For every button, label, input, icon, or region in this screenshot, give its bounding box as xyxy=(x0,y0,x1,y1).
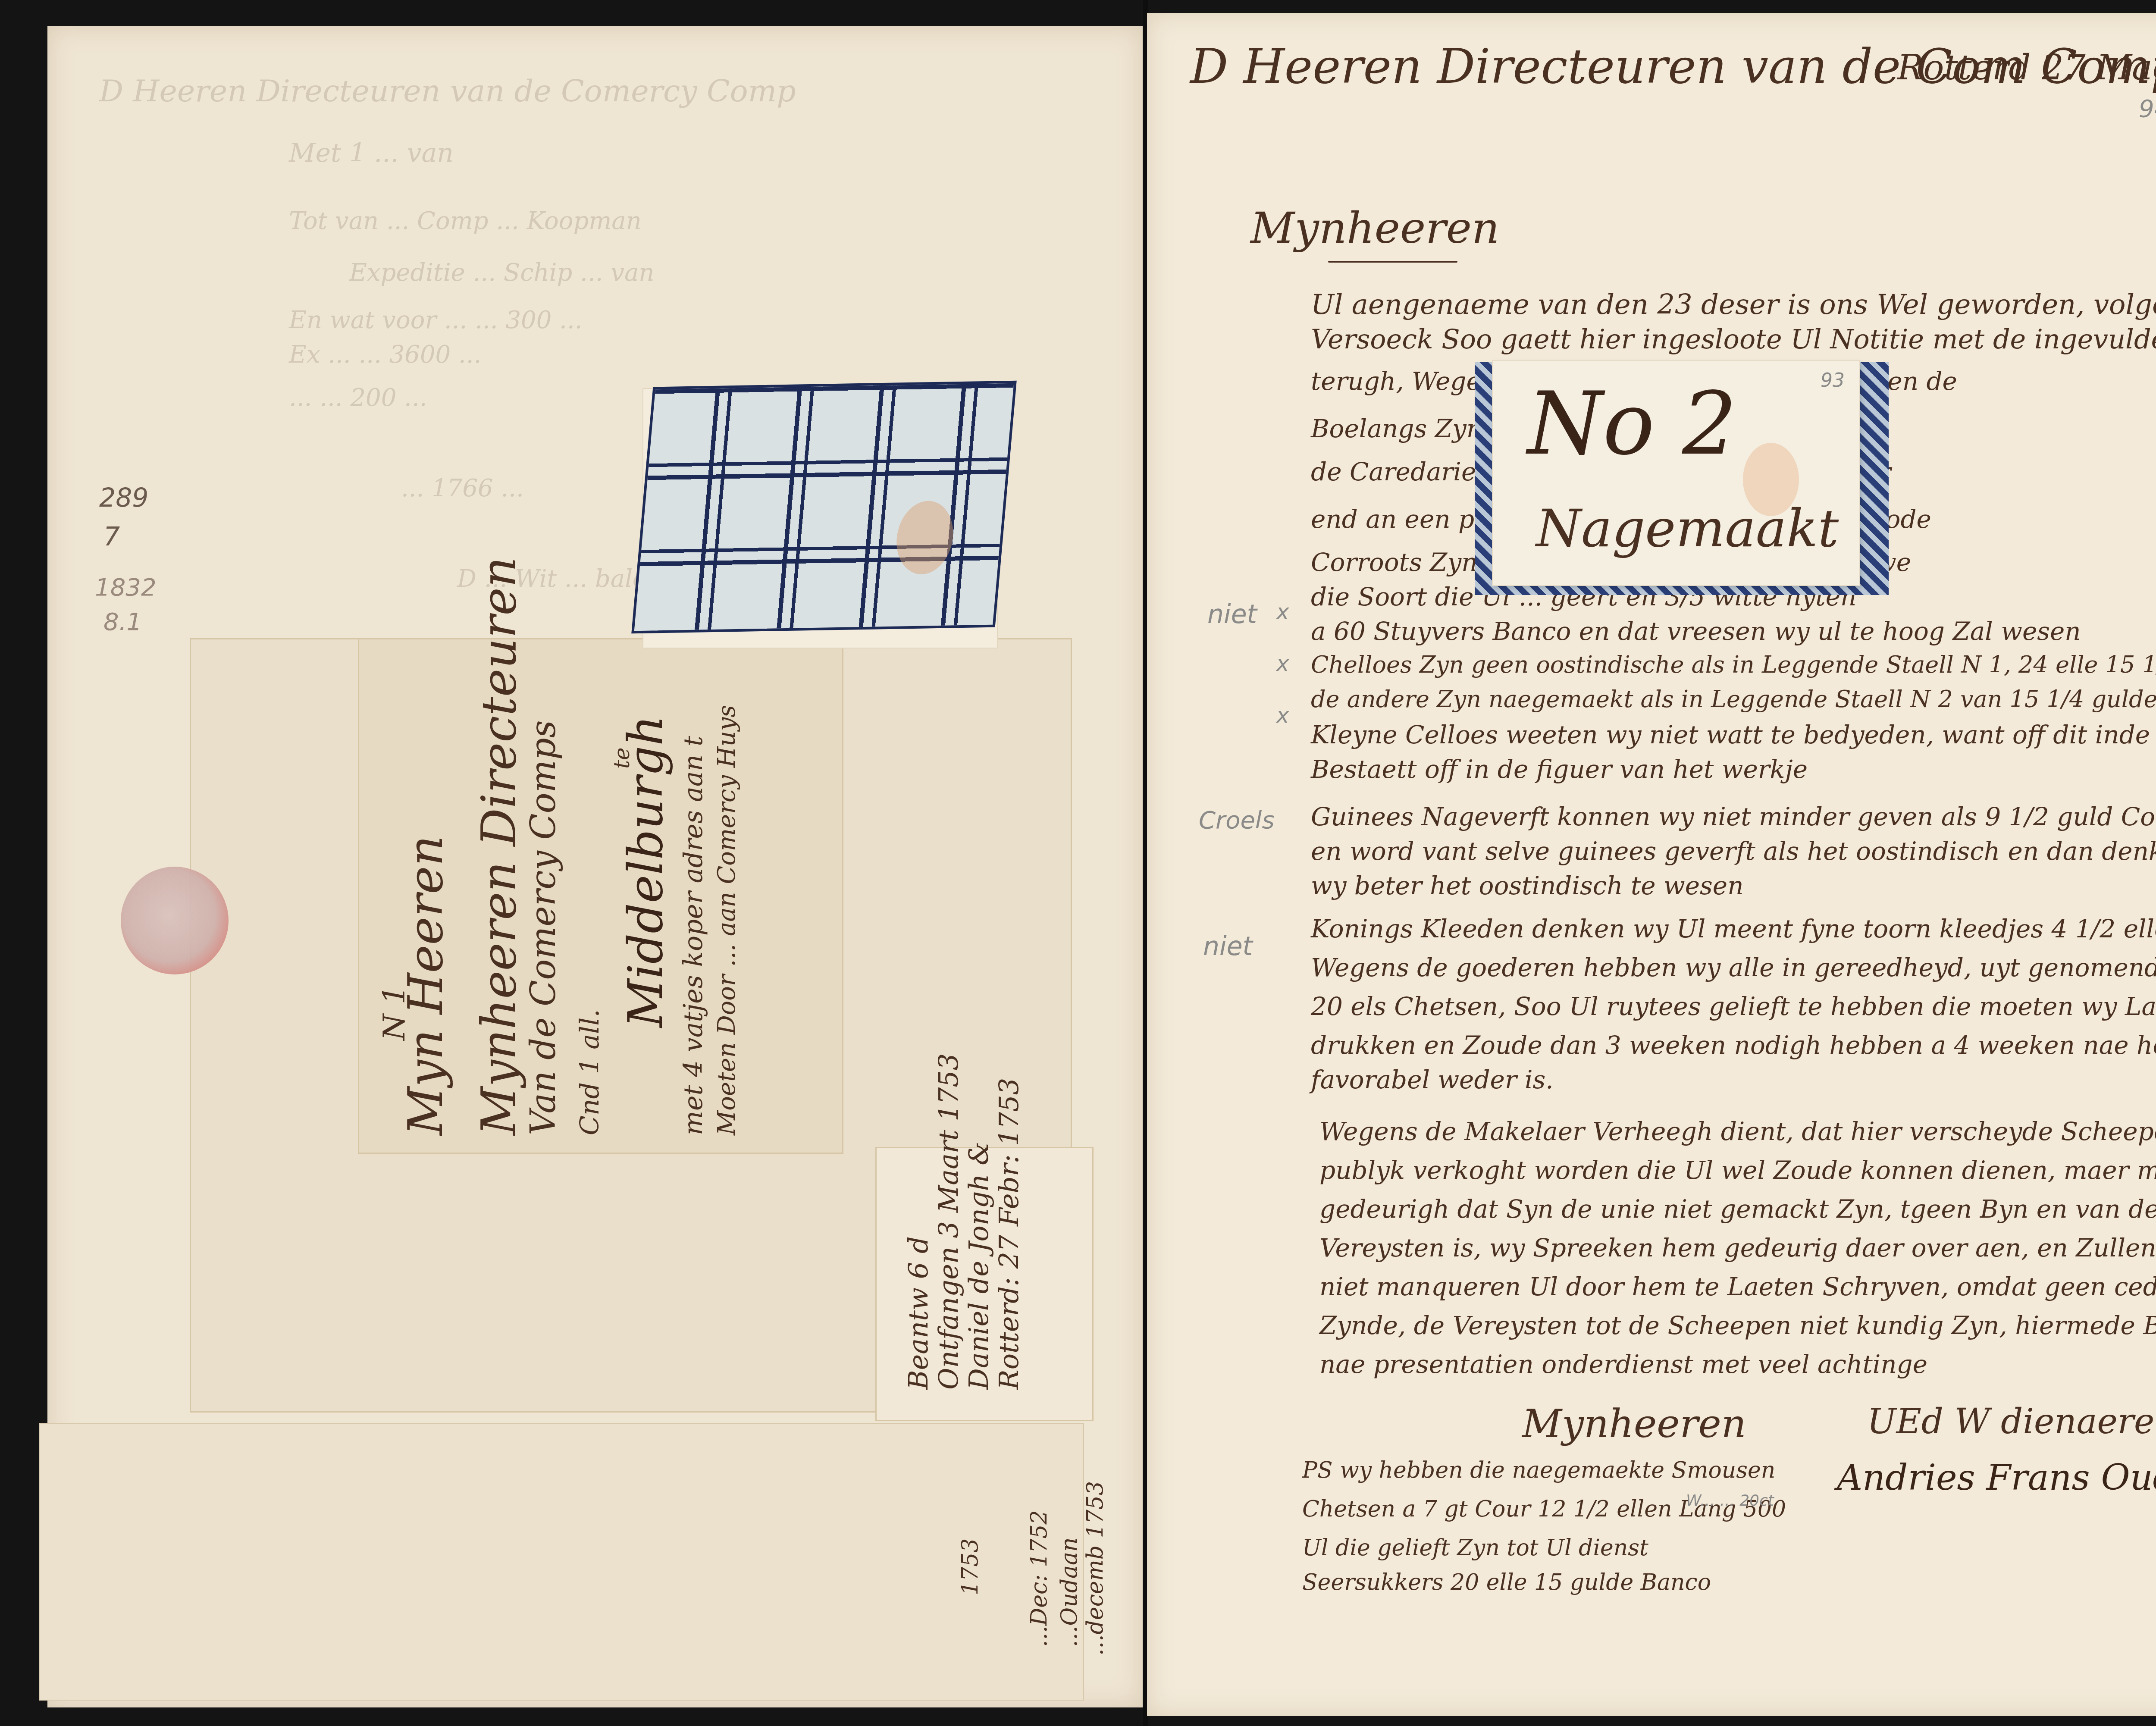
body-line: gedeurigh dat Syn de unie niet gemackt Z… xyxy=(1319,1194,2156,1224)
address-line-cargo: met 4 vatjes koper adres aan t xyxy=(678,736,708,1135)
margin-note: niet xyxy=(1203,931,1253,962)
docket-line-received: Ontfangen 3 Maart 1753 xyxy=(933,1053,964,1390)
docket-panel: Rotterd: 27 Febr: 1753 Daniel de Jongh &… xyxy=(875,1147,1094,1421)
body-line: Bestaett off in de figuer van het werkje xyxy=(1311,755,1808,784)
sample-label-card: 93 No 2 Nagemaakt xyxy=(1492,360,1860,586)
body-line: niet manqueren Ul door hem te Laeten Sch… xyxy=(1319,1272,2156,1301)
address-line-enclosure: Cnd 1 all. xyxy=(575,1009,605,1136)
left-page-letter-exterior: D Heeren Directeuren van de Comercy Comp… xyxy=(47,26,1143,1707)
stain xyxy=(893,501,956,575)
ghost-text-line: ... ... 200 ... xyxy=(289,384,427,412)
label-folio-number: 93 xyxy=(1821,370,1845,392)
body-line: Konings Kleeden denken wy Ul meent fyne … xyxy=(1311,914,2156,943)
margin-mark: x xyxy=(1276,651,1289,676)
partial-docket-line: ...Dec: 1752 xyxy=(1026,1510,1052,1647)
flourish xyxy=(1328,261,1457,263)
margin-mark: x xyxy=(1276,703,1289,728)
body-line: Ul aengenaeme van den 23 deser is ons We… xyxy=(1311,289,2156,321)
body-line: Zynde, de Vereysten tot de Scheepen niet… xyxy=(1319,1311,2156,1340)
body-line: wy beter het oostindisch te wesen xyxy=(1311,871,1744,900)
margin-note: Croels xyxy=(1199,806,1275,834)
right-page-letter-body: D Heeren Directeuren van de Com Comp Rot… xyxy=(1147,13,2156,1716)
label-number: No 2 xyxy=(1527,374,1737,474)
ghost-text-line: Met 1 ... van xyxy=(289,138,454,168)
letter-place-date: Rotterd 27 Maert 1753 xyxy=(1897,47,2156,88)
body-line: 20 els Chetsen, Soo Ul ruytees gelieft t… xyxy=(1311,992,2156,1021)
body-line: Guinees Nageverft konnen wy niet minder … xyxy=(1311,802,2156,831)
margin-number: 1832 xyxy=(95,573,157,601)
body-line: drukken en Zoude dan 3 weeken nodigh heb… xyxy=(1311,1031,2156,1060)
postscript-line: Seersukkers 20 elle 15 gulde Banco xyxy=(1302,1569,1711,1595)
body-line: a 60 Stuyvers Banco en dat vreesen wy ul… xyxy=(1311,617,2081,646)
body-line: publyk verkoght worden die Ul wel Zoude … xyxy=(1319,1156,2156,1185)
red-wax-seal xyxy=(121,867,229,974)
folded-paper-layer xyxy=(39,1423,1084,1701)
body-line: de andere Zyn naegemaekt als in Leggende… xyxy=(1311,686,2156,713)
fabric-sample-blue-check xyxy=(631,381,1017,634)
signature: Andries Frans Oudaan xyxy=(1837,1457,2156,1498)
label-caption: Nagemaakt xyxy=(1536,499,1839,559)
margin-mark: x xyxy=(1276,599,1289,624)
address-line-delivery: Moeten Door ... aan Comercy Huys xyxy=(713,705,741,1135)
ghost-text-line: En wat voor ... ... 300 ... xyxy=(289,306,583,334)
closing-salutation: Mynheeren xyxy=(1522,1401,1746,1447)
address-panel: N 1 Myn Heeren Mynheeren Directeuren Van… xyxy=(358,638,843,1154)
postscript-line: PS wy hebben die naegemaekte Smousen xyxy=(1302,1457,1775,1483)
salutation: Mynheeren xyxy=(1250,203,1499,253)
margin-number: 289 xyxy=(99,483,149,513)
ghost-text-line: ... 1766 ... xyxy=(401,474,524,502)
address-line-city: Middelburgh xyxy=(618,715,673,1027)
body-line: Kleyne Celloes weeten wy niet watt te be… xyxy=(1311,720,2156,749)
folio-number: 94 xyxy=(2139,95,2156,123)
docket-line-answered: Beantw 6 d xyxy=(903,1236,934,1390)
ghost-text-line: Expeditie ... Schip ... van xyxy=(349,259,654,287)
body-line: Wegens de goederen hebben wy alle in ger… xyxy=(1311,953,2156,982)
body-line: nae presentatien onderdienst met veel ac… xyxy=(1319,1350,1927,1379)
margin-number: 8.1 xyxy=(103,608,142,636)
body-line: en word vant selve guinees geverft als h… xyxy=(1311,836,2156,866)
docket-line-sender: Daniel de Jongh & xyxy=(963,1142,994,1390)
margin-number: 7 xyxy=(103,522,120,552)
body-line: favorabel weder is. xyxy=(1311,1065,1554,1094)
ghost-text-line: D Heeren Directeuren van de Comercy Comp xyxy=(99,73,796,109)
address-line-directeuren: Mynheeren Directeuren xyxy=(471,557,526,1135)
address-line-company: Van de Comercy Comps xyxy=(523,720,563,1135)
partial-docket-line: ...decemb 1753 xyxy=(1082,1481,1108,1656)
side-note: W... ... 20ct xyxy=(1686,1492,1774,1510)
body-line: Wegens de Makelaer Verheegh dient, dat h… xyxy=(1319,1117,2156,1146)
ghost-text-line: Ex ... ... 3600 ... xyxy=(289,341,481,369)
address-line-mynheeren: Myn Heeren xyxy=(398,836,453,1135)
partial-docket-line: 1753 xyxy=(957,1538,983,1595)
body-line: Vereysten is, wy Spreeken hem gedeurig d… xyxy=(1319,1233,2156,1262)
margin-note: niet xyxy=(1207,599,1257,630)
postscript-line: Ul die gelieft Zyn tot Ul dienst xyxy=(1302,1535,1648,1561)
partial-docket-line: ...Oudaan xyxy=(1056,1538,1082,1648)
docket-line-origin: Rotterd: 27 Febr: 1753 xyxy=(993,1078,1025,1390)
body-line: Chelloes Zyn geen oostindische als in Le… xyxy=(1311,651,2156,678)
ghost-text-line: Tot van ... Comp ... Koopman xyxy=(289,207,642,235)
body-line: Versoeck Soo gaett hier ingesloote Ul No… xyxy=(1311,323,2156,355)
closing-complimentary: UEd W dienaeren xyxy=(1867,1401,2156,1441)
